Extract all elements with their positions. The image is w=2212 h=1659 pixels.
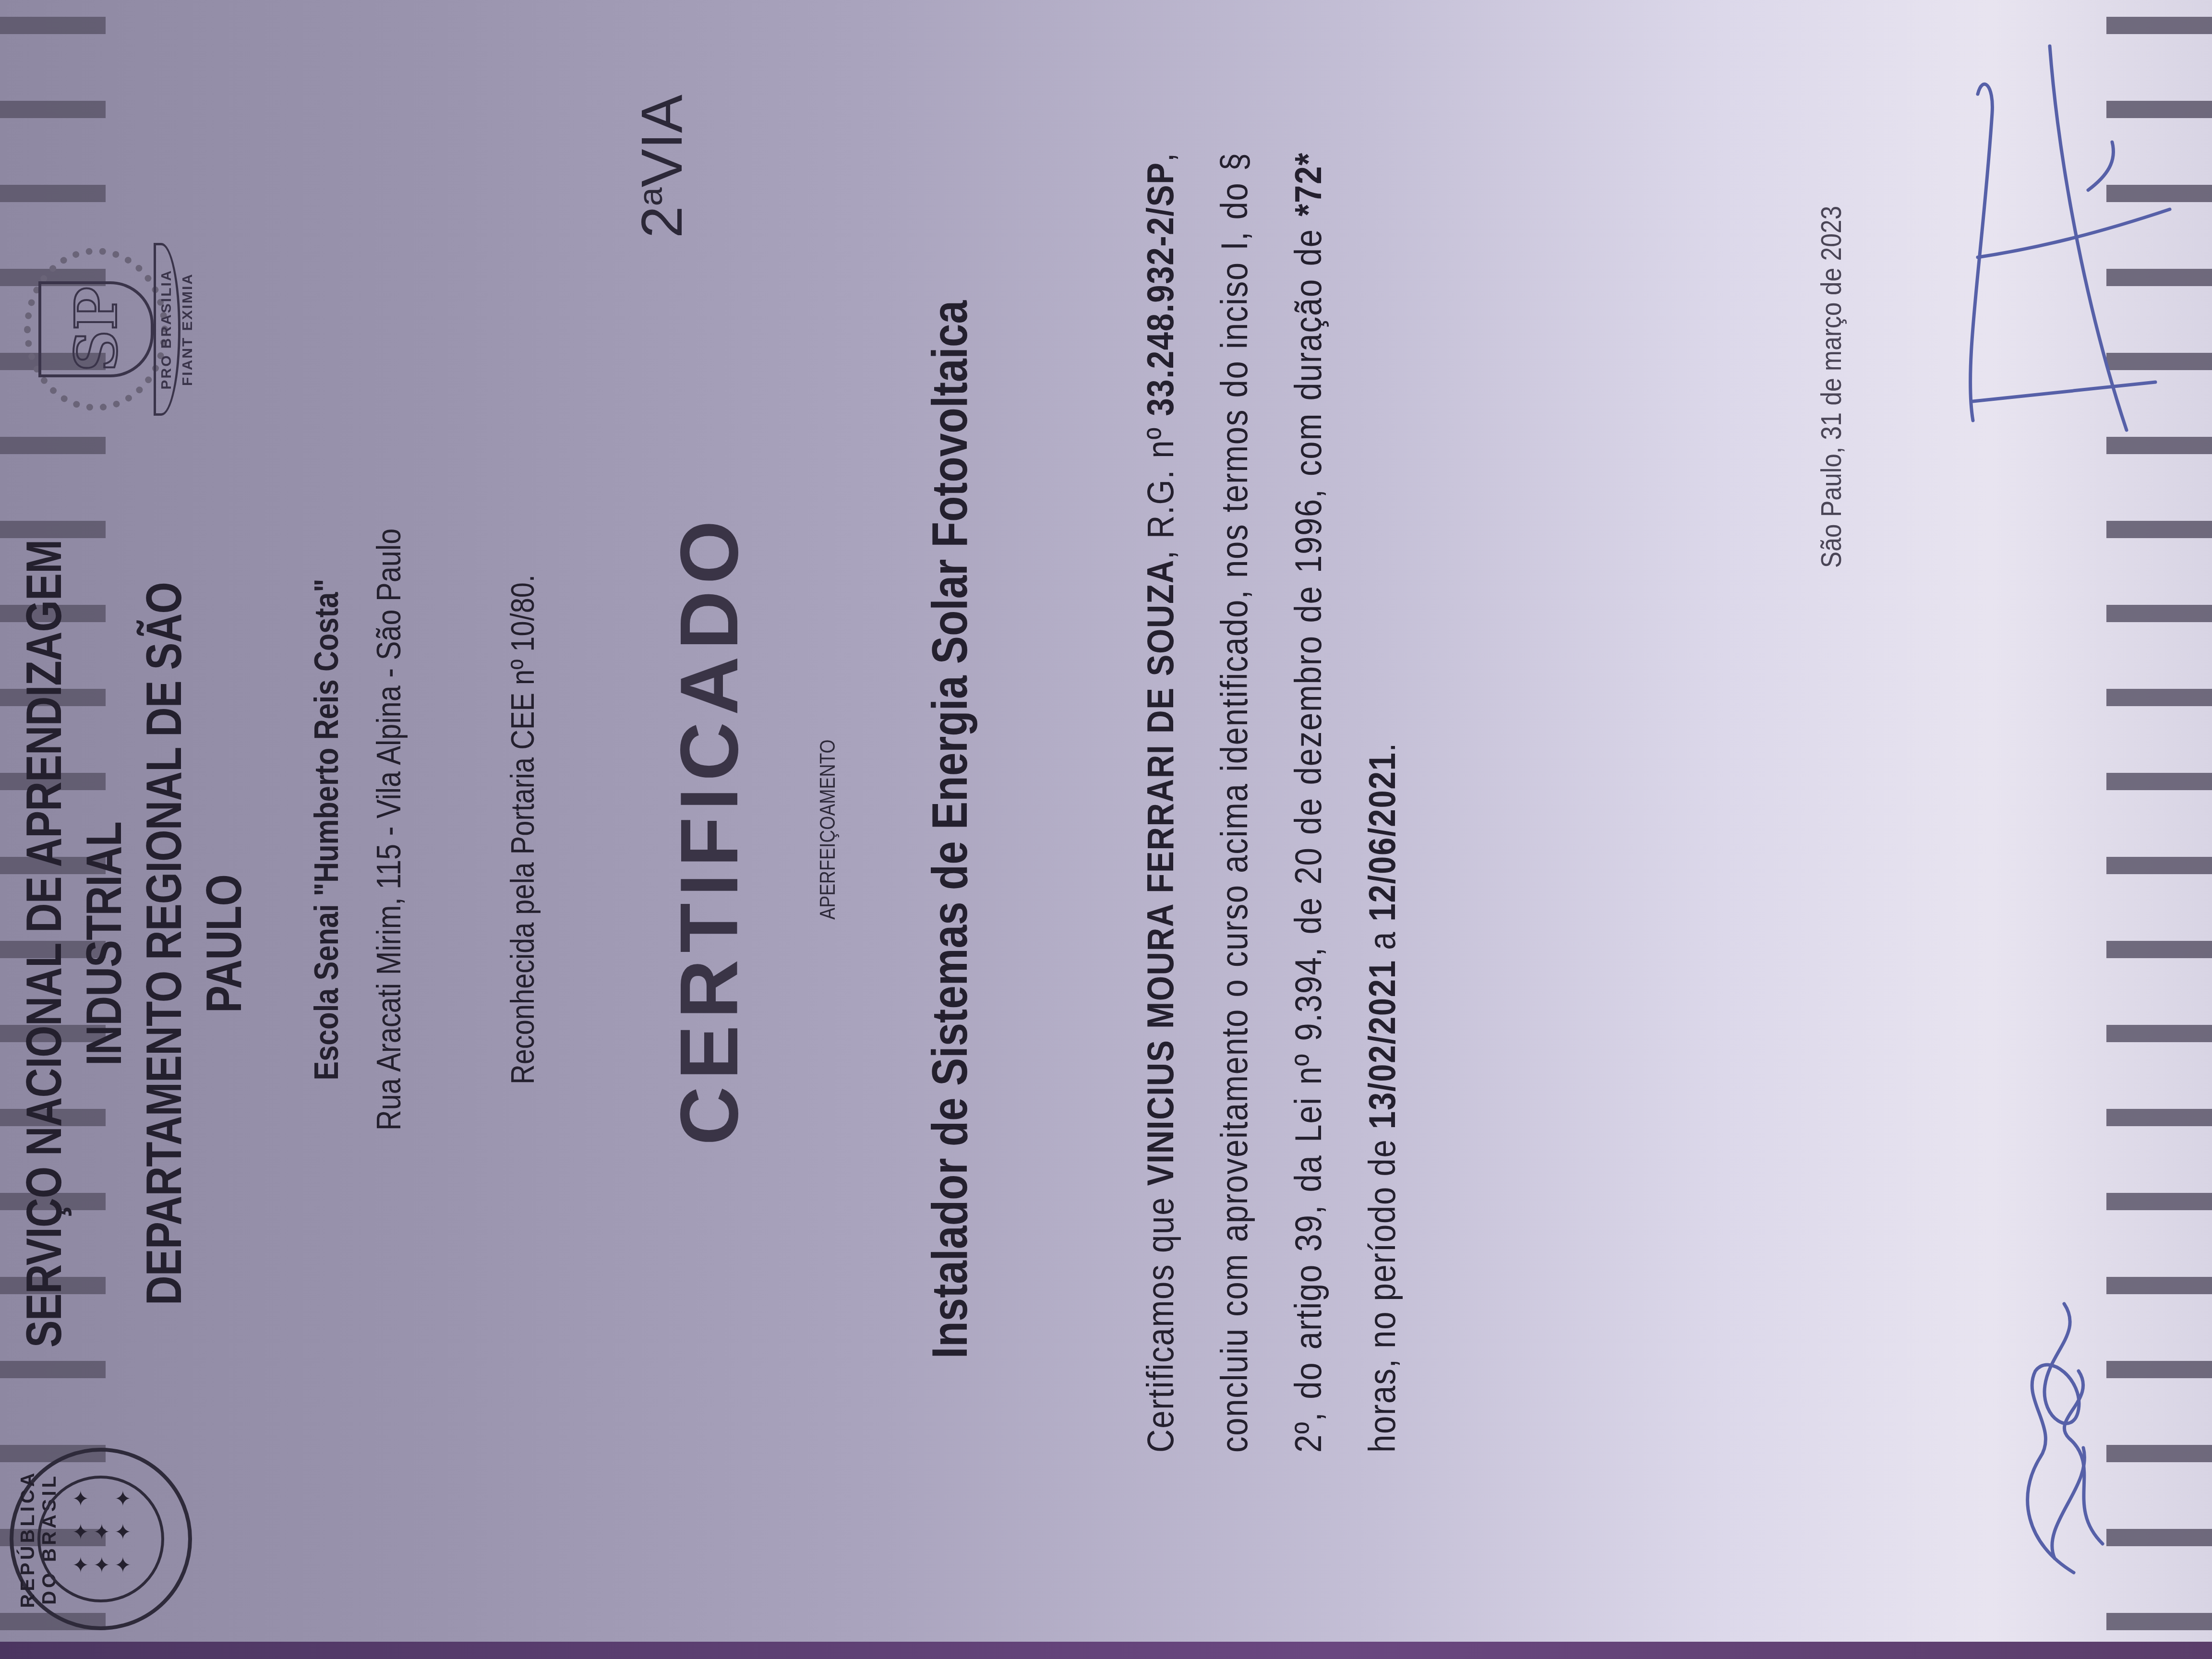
border-stripe: [2106, 941, 2212, 958]
border-stripe: [2106, 773, 2212, 790]
course-hours: *72*: [1287, 152, 1329, 216]
border-stripe: [2106, 17, 2212, 34]
security-border-bottom: [2087, 0, 2212, 1659]
border-stripe: [0, 185, 106, 202]
border-stripe: [2106, 101, 2212, 118]
border-stripe: [2106, 1193, 2212, 1210]
sp-shield-icon: SP: [38, 281, 154, 377]
body-text-4: .: [1361, 742, 1403, 752]
regional-department: DEPARTAMENTO REGIONAL DE SÃO PAULO: [134, 530, 254, 1357]
border-stripe: [2106, 1613, 2212, 1630]
border-stripe: [2106, 521, 2212, 538]
course-name: Instalador de Sistemas de Energia Solar …: [922, 132, 979, 1526]
border-stripe: [2106, 857, 2212, 874]
body-text-3: a: [1361, 921, 1403, 960]
certificate-document: REPÚBLICA DO BRASIL ✦ ✦ ✦✦ ✦✦ ✦ ✦ SP PRO…: [0, 0, 2212, 1659]
border-stripe: [0, 437, 106, 454]
copy-label: 2aVIA: [629, 95, 695, 238]
national-seal-icon: REPÚBLICA DO BRASIL ✦ ✦ ✦✦ ✦✦ ✦ ✦: [10, 1448, 192, 1630]
border-stripe: [2106, 437, 2212, 454]
border-stripe: [2106, 605, 2212, 622]
place-and-date: São Paulo, 31 de março de 2023: [1815, 139, 1848, 635]
certificate-body: Certificamos que VINICIUS MOURA FERRARI …: [1123, 152, 1419, 1453]
certificate-title: CERTIFICADO: [662, 0, 757, 1659]
copy-number: 2: [630, 206, 694, 238]
start-date: 13/02/2021: [1361, 960, 1403, 1129]
border-stripe: [0, 1361, 106, 1378]
school-address: Rua Aracati Mirim, 115 - Vila Alpina - S…: [370, 124, 408, 1535]
copy-suffix: a: [632, 187, 669, 206]
student-name: VINICIUS MOURA FERRARI DE SOUZA: [1139, 559, 1181, 1186]
border-stripe: [2106, 1277, 2212, 1294]
emblem-motto: PRO BRASILIA FIANT EXIMIA: [154, 243, 180, 416]
school-info: Escola Senai "Humberto Reis Costa" Rua A…: [307, 124, 408, 1535]
border-stripe: [2106, 1445, 2212, 1462]
border-stripe: [2106, 353, 2212, 370]
sao-paulo-emblem-icon: SP PRO BRASILIA FIANT EXIMIA: [10, 228, 182, 430]
border-stripe: [0, 101, 106, 118]
end-date: 12/06/2021: [1361, 752, 1403, 922]
border-stripe: [2106, 269, 2212, 286]
body-text-2: horas, no período de: [1361, 1129, 1403, 1453]
border-stripe: [2106, 1109, 2212, 1126]
recognition-text: Reconhecida pela Portaria CEE nº 10/80.: [504, 124, 541, 1535]
body-intro: Certificamos que: [1139, 1186, 1181, 1453]
border-stripe: [2106, 1025, 2212, 1042]
institution-header: SERVIÇO NACIONAL DE APRENDIZAGEM INDUSTR…: [14, 530, 254, 1357]
border-stripe: [2106, 1529, 2212, 1546]
rg-number: 33.248.932-2/SP: [1139, 162, 1181, 416]
border-stripe: [2106, 1361, 2212, 1378]
course-level: APERFEIÇOAMENTO: [816, 124, 840, 1535]
border-stripe: [2106, 185, 2212, 202]
border-stripe: [2106, 689, 2212, 706]
copy-via: VIA: [630, 95, 694, 187]
rg-label: , R.G. nº: [1139, 416, 1181, 559]
border-stripe: [0, 17, 106, 34]
institution-name: SERVIÇO NACIONAL DE APRENDIZAGEM INDUSTR…: [14, 530, 134, 1357]
constellation-stars-icon: ✦ ✦ ✦✦ ✦✦ ✦ ✦: [71, 1485, 134, 1574]
school-name: Escola Senai "Humberto Reis Costa": [307, 124, 346, 1535]
